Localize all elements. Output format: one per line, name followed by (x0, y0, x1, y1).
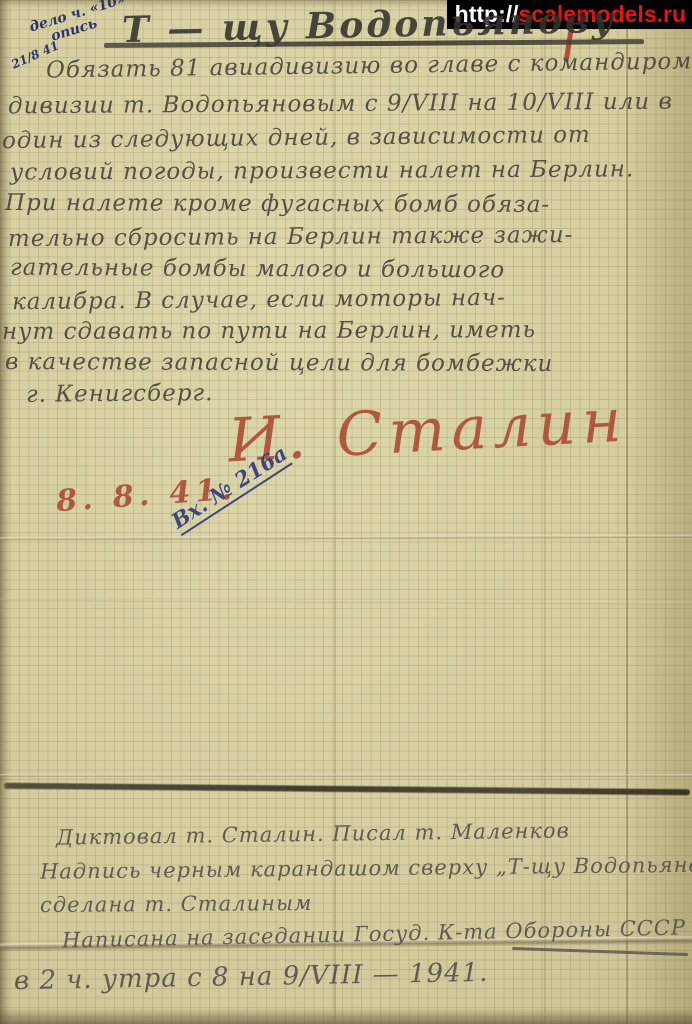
horizontal-crease (0, 598, 692, 605)
footer-note-line: Диктовал т. Сталин. Писал т. Маленков (56, 818, 570, 849)
body-line: Обязать 81 авиадивизию во главе с команд… (46, 48, 692, 83)
body-line: калибра. В случае, если моторы нач- (12, 285, 506, 315)
body-line: нут сдавать по пути на Берлин, иметь (2, 317, 536, 345)
horizontal-crease (0, 774, 692, 777)
horizontal-crease (0, 535, 692, 540)
body-line: гательные бомбы малого и большого (10, 255, 505, 284)
footer-note-line: Написана на заседании Госуд. К-та Оборон… (62, 915, 686, 952)
document-scan: http://scalemodels.ru дело ч. «10» опись… (0, 0, 692, 1024)
body-line: тельно сбросить на Берлин также зажи- (8, 222, 574, 252)
footer-note-line: сделана т. Сталиным (40, 891, 313, 917)
body-line: При налете кроме фугасных бомб обяза- (5, 190, 550, 218)
body-line: один из следующих дней, в зависимости от (2, 122, 591, 154)
body-line: г. Кенигсберг. (26, 380, 214, 408)
body-line: условий погоды, произвести налет на Берл… (10, 156, 634, 185)
body-line: дивизии т. Водопьяновым с 9/VIII на 10/V… (8, 89, 673, 120)
body-line: в качестве запасной цели для бомбежки (5, 349, 553, 377)
paper-edge-bottom (0, 1008, 692, 1024)
footer-note-underline (512, 947, 688, 956)
pencil-divider-line (4, 783, 690, 796)
footer-note-line: в 2 ч. утра с 8 на 9/VIII — 1941. (14, 958, 489, 996)
footer-note-line: Надпись черным карандашом сверху „Т-щу В… (40, 852, 692, 883)
